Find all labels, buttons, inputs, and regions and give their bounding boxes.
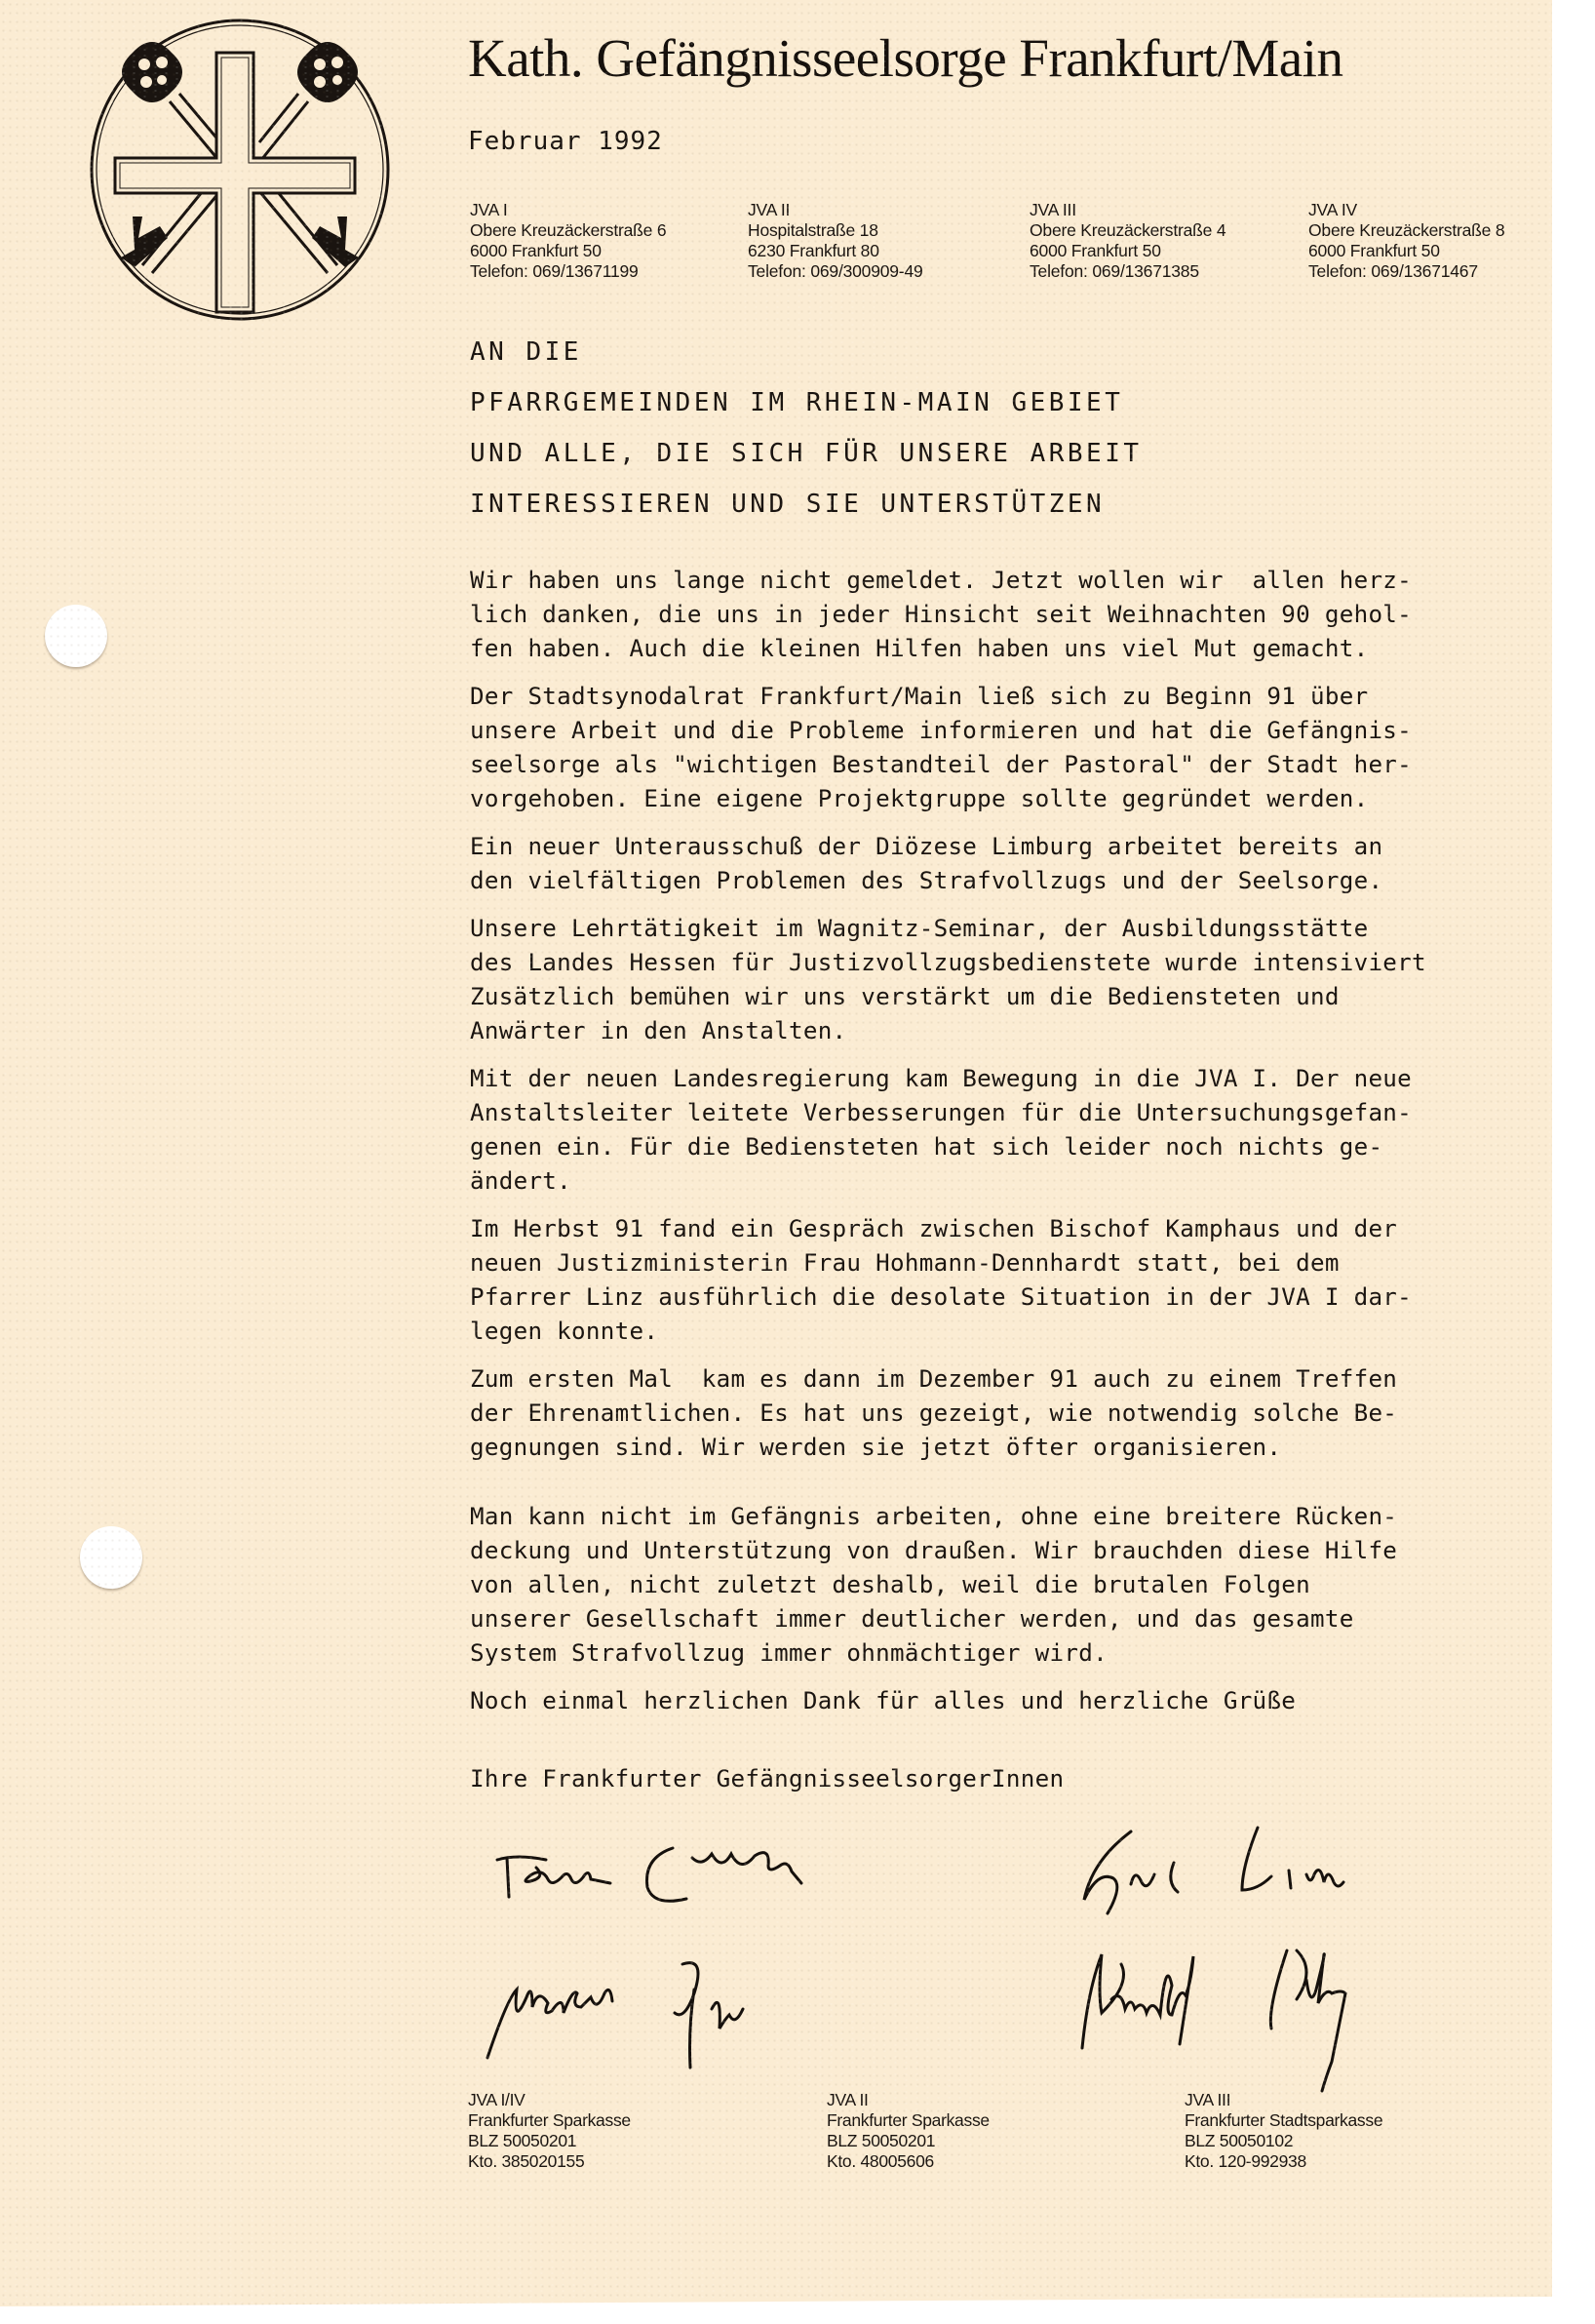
body-line: neuen Justizministerin Frau Hohmann-Denn… [470,1246,1581,1280]
paragraph-gap [470,1478,1581,1500]
bank-jva-3: JVA III Frankfurter Stadtsparkasse BLZ 5… [1185,2090,1382,2172]
letter-date: Februar 1992 [468,127,663,156]
signature-4 [1063,1941,1492,2110]
body-line: Anwärter in den Anstalten. [470,1014,1581,1048]
body-line: Zum ersten Mal kam es dann im Dezember 9… [470,1362,1581,1397]
recipient-line: PFARRGEMEINDEN IM RHEIN-MAIN GEBIET [470,377,1143,428]
address-name: JVA IV [1308,200,1504,220]
address-city: 6000 Frankfurt 50 [470,241,666,261]
bank-jva-2: JVA II Frankfurter Sparkasse BLZ 5005020… [827,2090,990,2172]
body-line: Ein neuer Unterausschuß der Diözese Limb… [470,830,1581,864]
address-jva-2: JVA II Hospitalstraße 18 6230 Frankfurt … [748,200,923,282]
bank-account: Kto. 48005606 [827,2151,990,2172]
address-city: 6230 Frankfurt 80 [748,241,923,261]
body-line: des Landes Hessen für Justizvollzugsbedi… [470,946,1581,980]
body-line: Unsere Lehrtätigkeit im Wagnitz-Seminar,… [470,912,1581,946]
address-street: Obere Kreuzäckerstraße 4 [1030,220,1225,241]
body-line: System Strafvollzug immer ohnmächtiger w… [470,1636,1581,1671]
address-name: JVA III [1030,200,1225,220]
address-name: JVA I [470,200,666,220]
closing-line: Ihre Frankfurter GefängnisseelsorgerInne… [470,1765,1064,1792]
bank-account: Kto. 120-992938 [1185,2151,1382,2172]
body-line: vorgehoben. Eine eigene Projektgruppe so… [470,782,1581,816]
address-name: JVA II [748,200,923,220]
signature-3 [468,1950,819,2091]
body-line: seelsorge als "wichtigen Bestandteil der… [470,748,1581,782]
body-line: unserer Gesellschaft immer deutlicher we… [470,1602,1581,1636]
address-jva-1: JVA I Obere Kreuzäckerstraße 6 6000 Fran… [470,200,666,282]
bank-name: JVA III [1185,2090,1382,2110]
body-paragraph: Ein neuer Unterausschuß der Diözese Limb… [470,830,1581,898]
address-city: 6000 Frankfurt 50 [1308,241,1504,261]
address-phone: Telefon: 069/13671467 [1308,261,1504,282]
recipient-line: AN DIE [470,327,1143,377]
body-line: legen konnte. [470,1315,1581,1349]
address-phone: Telefon: 069/13671385 [1030,261,1225,282]
address-phone: Telefon: 069/13671199 [470,261,666,282]
punch-hole [45,605,107,667]
body-paragraph: Zum ersten Mal kam es dann im Dezember 9… [470,1362,1581,1465]
body-line: Zusätzlich bemühen wir uns verstärkt um … [470,980,1581,1014]
body-line: Der Stadtsynodalrat Frankfurt/Main ließ … [470,680,1581,714]
body-line: Man kann nicht im Gefängnis arbeiten, oh… [470,1500,1581,1534]
body-paragraph: Man kann nicht im Gefängnis arbeiten, oh… [470,1500,1581,1671]
punch-hole [80,1526,142,1589]
cross-keys-logo-icon [74,14,406,326]
body-line: deckung und Unterstützung von draußen. W… [470,1534,1581,1568]
bank-name: JVA II [827,2090,990,2110]
body-line: gegnungen sind. Wir werden sie jetzt öft… [470,1431,1581,1465]
address-street: Obere Kreuzäckerstraße 8 [1308,220,1504,241]
body-paragraph: Der Stadtsynodalrat Frankfurt/Main ließ … [470,680,1581,816]
body-line: Pfarrer Linz ausführlich die desolate Si… [470,1280,1581,1315]
bank-name: JVA I/IV [468,2090,631,2110]
bank-institution: Frankfurter Stadtsparkasse [1185,2110,1382,2131]
bank-blz: BLZ 50050102 [1185,2131,1382,2151]
bank-institution: Frankfurter Sparkasse [827,2110,990,2131]
body-line: der Ehrenamtlichen. Es hat uns gezeigt, … [470,1397,1581,1431]
body-line: den vielfältigen Problemen des Strafvoll… [470,864,1581,898]
body-line: Noch einmal herzlichen Dank für alles un… [470,1684,1581,1718]
body-line: unsere Arbeit und die Probleme informier… [470,714,1581,748]
body-paragraph: Unsere Lehrtätigkeit im Wagnitz-Seminar,… [470,912,1581,1048]
body-line: ändert. [470,1164,1581,1199]
body-line: genen ein. Für die Bediensteten hat sich… [470,1130,1581,1164]
organization-title: Kath. Gefängnisseelsorge Frankfurt/Main [468,27,1342,89]
body-paragraph: Mit der neuen Landesregierung kam Bewegu… [470,1062,1581,1199]
body-paragraph: Wir haben uns lange nicht gemeldet. Jetz… [470,564,1581,666]
recipient-line: INTERESSIEREN UND SIE UNTERSTÜTZEN [470,479,1143,530]
body-line: Im Herbst 91 fand ein Gespräch zwischen … [470,1212,1581,1246]
letter-body: Wir haben uns lange nicht gemeldet. Jetz… [470,564,1581,1732]
bank-institution: Frankfurter Sparkasse [468,2110,631,2131]
body-line: Anstaltsleiter leitete Verbesserungen fü… [470,1096,1581,1130]
body-line: lich danken, die uns in jeder Hinsicht s… [470,598,1581,632]
address-street: Obere Kreuzäckerstraße 6 [470,220,666,241]
letter-page: Kath. Gefängnisseelsorge Frankfurt/Main … [0,0,1552,2306]
bank-jva-1-4: JVA I/IV Frankfurter Sparkasse BLZ 50050… [468,2090,631,2172]
address-street: Hospitalstraße 18 [748,220,923,241]
body-paragraph: Im Herbst 91 fand ein Gespräch zwischen … [470,1212,1581,1349]
address-city: 6000 Frankfurt 50 [1030,241,1225,261]
address-jva-3: JVA III Obere Kreuzäckerstraße 4 6000 Fr… [1030,200,1225,282]
address-phone: Telefon: 069/300909-49 [748,261,923,282]
bank-blz: BLZ 50050201 [468,2131,631,2151]
body-line: von allen, nicht zuletzt deshalb, weil d… [470,1568,1581,1602]
signature-1 [478,1838,946,1920]
bank-blz: BLZ 50050201 [827,2131,990,2151]
body-line: fen haben. Auch die kleinen Hilfen haben… [470,632,1581,666]
body-line: Wir haben uns lange nicht gemeldet. Jetz… [470,564,1581,598]
signature-2 [1072,1824,1443,1925]
address-jva-4: JVA IV Obere Kreuzäckerstraße 8 6000 Fra… [1308,200,1504,282]
body-paragraph: Noch einmal herzlichen Dank für alles un… [470,1684,1581,1718]
bank-account: Kto. 385020155 [468,2151,631,2172]
body-line: Mit der neuen Landesregierung kam Bewegu… [470,1062,1581,1096]
recipient-line: UND ALLE, DIE SICH FÜR UNSERE ARBEIT [470,428,1143,479]
recipient-address: AN DIE PFARRGEMEINDEN IM RHEIN-MAIN GEBI… [470,327,1143,530]
